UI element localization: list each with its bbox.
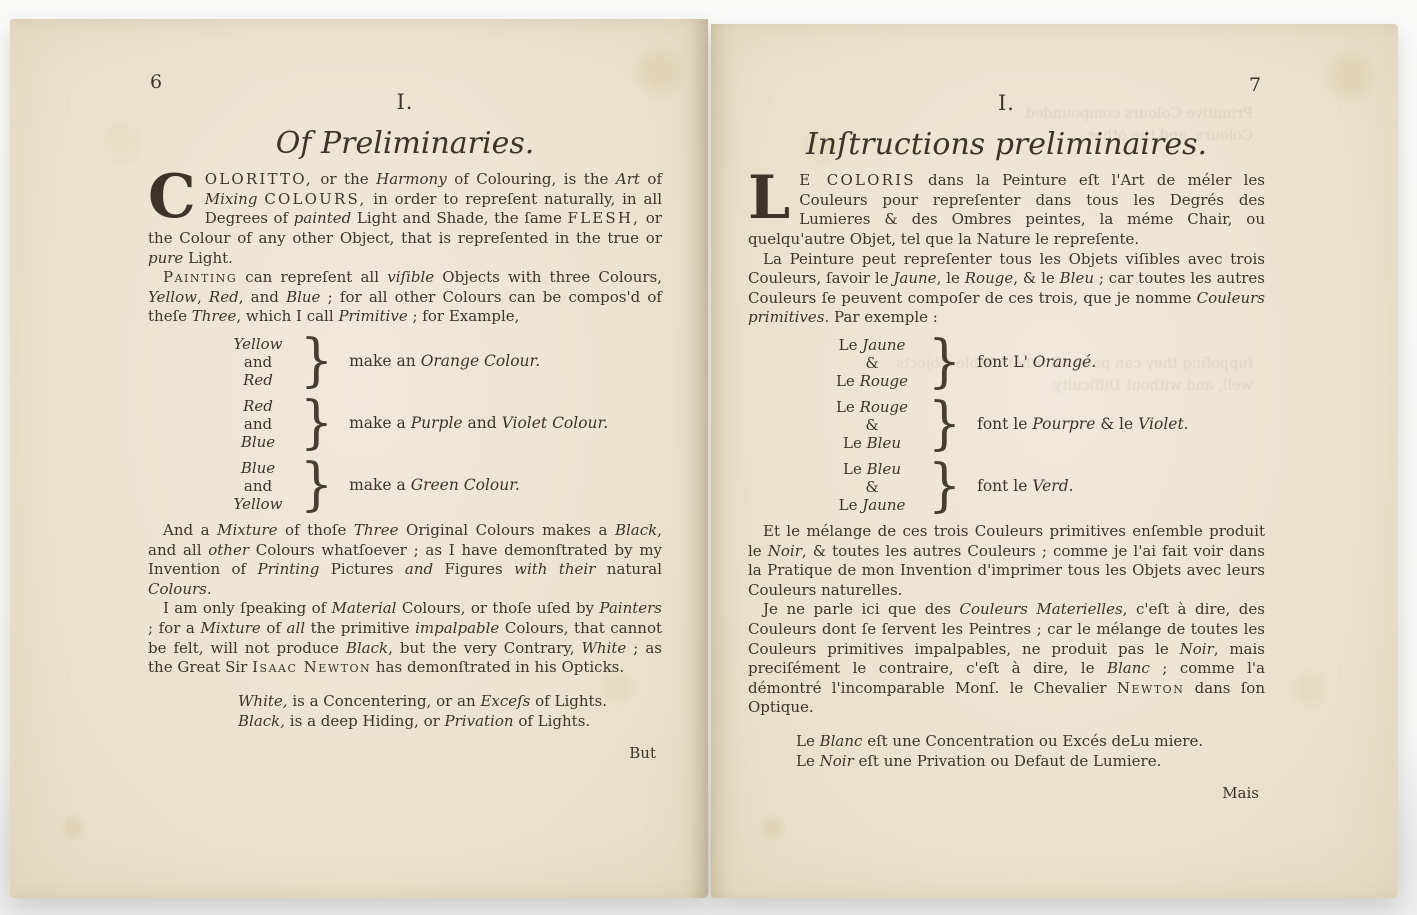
- mixture-result: make an Orange Colour.: [349, 352, 540, 372]
- mixture-components: Blue and Yellow: [220, 459, 296, 513]
- paragraph: And a Mixture of thoſe Three Original Co…: [148, 521, 662, 599]
- section-number-right: I.: [748, 94, 1265, 114]
- paragraph: LE COLORIS dans la Peinture eſt l'Art de…: [748, 171, 1265, 249]
- book-spread-photo: 6 I. Of Preliminaries. COLORITTO, or the…: [0, 0, 1417, 915]
- closing-line: Le Blanc eſt une Concentration ou Excés …: [796, 731, 1265, 751]
- component-line: Le Jaune: [820, 336, 924, 354]
- catchword: But: [148, 744, 662, 764]
- drop-cap-letter: C: [148, 170, 205, 222]
- brace-icon: }: [300, 413, 333, 435]
- component-line: Le Bleu: [820, 460, 924, 478]
- component-line: Red: [220, 397, 296, 415]
- component-line: Yellow: [220, 335, 296, 353]
- left-text-column: I. Of Preliminaries. COLORITTO, or the H…: [148, 93, 662, 763]
- mixture-components: Le Bleu & Le Jaune: [820, 460, 924, 514]
- page-title-right: Inſtructions preliminaires.: [748, 135, 1265, 155]
- component-line: &: [820, 416, 924, 434]
- mixture-components: Red and Blue: [220, 397, 296, 451]
- component-line: Le Bleu: [820, 434, 924, 452]
- paragraph-text: E COLORIS dans la Peinture eſt l'Art de …: [748, 171, 1265, 248]
- closing-lines: White, is a Concentering, or an Exceſs o…: [238, 691, 662, 731]
- paragraph-text: OLORITTO, or the Harmony of Colouring, i…: [148, 170, 662, 266]
- mixture-row: Blue and Yellow } make a Green Colour.: [220, 459, 662, 513]
- mixture-row: Le Jaune & Le Rouge } font L' Orangé.: [820, 336, 1265, 390]
- paragraph: Painting can repreſent all viſible Objec…: [148, 268, 662, 327]
- component-line: &: [820, 354, 924, 372]
- closing-line: Black, is a deep Hiding, or Privation of…: [238, 711, 662, 731]
- catchword: Mais: [748, 784, 1265, 804]
- paragraph: COLORITTO, or the Harmony of Colouring, …: [148, 170, 662, 268]
- component-line: Le Jaune: [820, 496, 924, 514]
- brace-icon: }: [928, 414, 961, 436]
- page-number-left: 6: [150, 71, 162, 93]
- component-line: Blue: [220, 459, 296, 477]
- closing-line: Le Noir eſt une Privation ou Defaut de L…: [796, 751, 1265, 771]
- mixture-row: Le Rouge & Le Bleu } font le Pourpre & l…: [820, 398, 1265, 452]
- component-line: Yellow: [220, 495, 296, 513]
- brace-icon: }: [928, 476, 961, 498]
- closing-lines: Le Blanc eſt une Concentration ou Excés …: [796, 731, 1265, 771]
- mixture-result: font le Pourpre & le Violet.: [977, 415, 1189, 435]
- mixture-result: make a Green Colour.: [349, 476, 520, 496]
- mixture-row: Red and Blue } make a Purple and Violet …: [220, 397, 662, 451]
- component-line: Red: [220, 371, 296, 389]
- mixture-result: font L' Orangé.: [977, 353, 1096, 373]
- component-line: Le Rouge: [820, 372, 924, 390]
- component-line: Le Rouge: [820, 398, 924, 416]
- page-number-right: 7: [1249, 74, 1261, 96]
- brace-icon: }: [300, 351, 333, 373]
- right-page: Primitive Colours compounded Colours, an…: [711, 24, 1398, 898]
- paragraph: I am only ſpeaking of Material Colours, …: [148, 599, 662, 677]
- component-line: and: [220, 415, 296, 433]
- brace-icon: }: [300, 475, 333, 497]
- component-line: &: [820, 478, 924, 496]
- mixture-components: Le Rouge & Le Bleu: [820, 398, 924, 452]
- mixture-row: Le Bleu & Le Jaune } font le Verd.: [820, 460, 1265, 514]
- mixture-result: font le Verd.: [977, 477, 1073, 497]
- mixture-components: Yellow and Red: [220, 335, 296, 389]
- component-line: and: [220, 353, 296, 371]
- mixture-row: Yellow and Red } make an Orange Colour.: [220, 335, 662, 389]
- right-text-column: I. Inſtructions preliminaires. LE COLORI…: [748, 94, 1265, 803]
- mixture-components: Le Jaune & Le Rouge: [820, 336, 924, 390]
- section-number-left: I.: [148, 93, 662, 113]
- component-line: Blue: [220, 433, 296, 451]
- component-line: and: [220, 477, 296, 495]
- closing-line: White, is a Concentering, or an Exceſs o…: [238, 691, 662, 711]
- mixture-result: make a Purple and Violet Colour.: [349, 414, 608, 434]
- drop-cap-letter: L: [748, 171, 799, 223]
- brace-icon: }: [928, 352, 961, 374]
- paragraph: La Peinture peut repreſenter tous les Ob…: [748, 250, 1265, 328]
- paragraph: Et le mélange de ces trois Couleurs prim…: [748, 522, 1265, 600]
- page-title-left: Of Preliminaries.: [148, 134, 662, 154]
- left-page: 6 I. Of Preliminaries. COLORITTO, or the…: [10, 19, 708, 898]
- paragraph: Je ne parle ici que des Couleurs Materie…: [748, 600, 1265, 718]
